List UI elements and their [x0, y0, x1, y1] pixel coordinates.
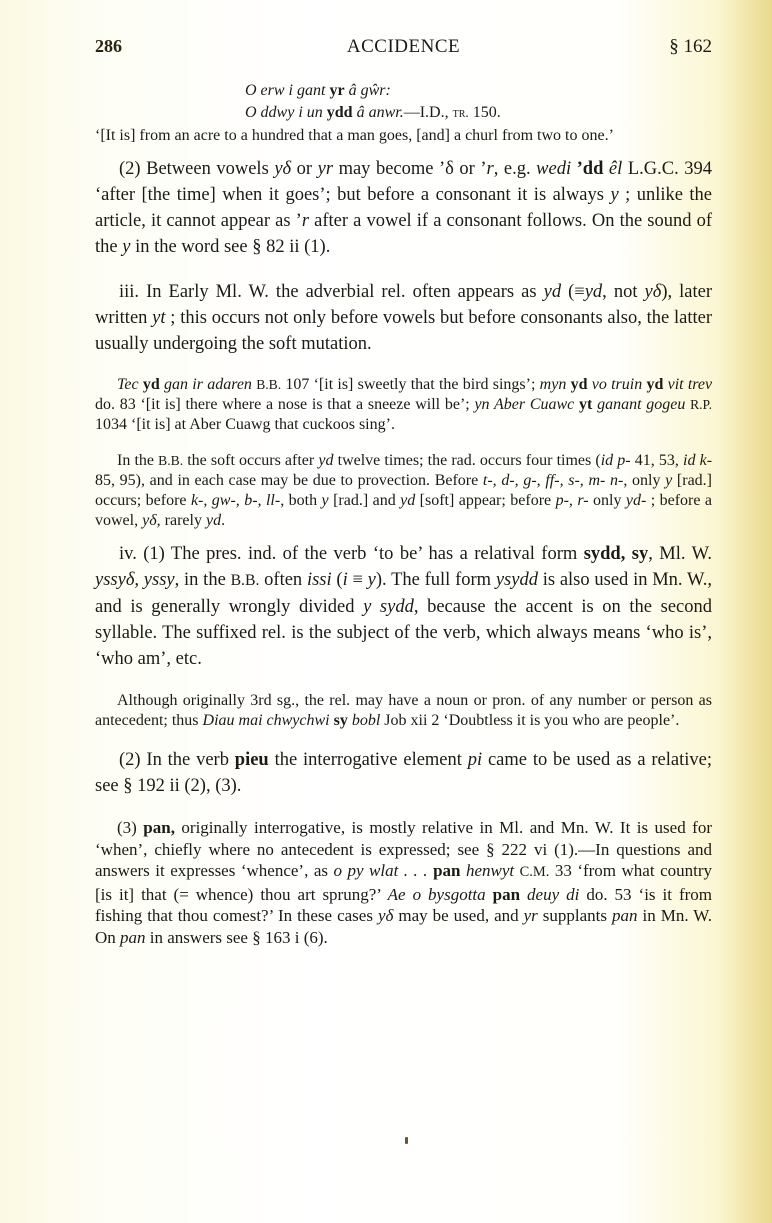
- citation: —I.D.,: [404, 104, 453, 121]
- ink-speck: [405, 1137, 408, 1144]
- paragraph-iv-3: (3) pan, originally interrogative, is mo…: [95, 817, 712, 948]
- verse-text: O erw i gant: [245, 82, 329, 99]
- paragraph-iii: iii. In Early Ml. W. the adverbial rel. …: [95, 279, 712, 357]
- antecedent-note-paragraph: Although originally 3rd sg., the rel. ma…: [95, 691, 712, 731]
- paragraph-2: (2) Between vowels yδ or yr may become ’…: [95, 156, 712, 260]
- verse-translation: ‘[It is] from an acre to a hundred that …: [95, 126, 712, 146]
- bb-note-paragraph: In the B.B. the soft occurs after yd twe…: [95, 451, 712, 531]
- chapter-title: ACCIDENCE: [95, 36, 712, 58]
- verse-line-1: O erw i gant yr â gŵr:: [245, 80, 712, 102]
- verse-line-2: O ddwy i un ydd â anwr.—I.D., tr. 150.: [245, 102, 712, 124]
- verse-quotation: O erw i gant yr â gŵr: O ddwy i un ydd â…: [245, 80, 712, 124]
- examples-paragraph: Tec yd gan ir adaren B.B. 107 ‘[it is] s…: [95, 375, 712, 435]
- running-head: 286 ACCIDENCE § 162: [95, 36, 712, 66]
- verse-text: O ddwy i un: [245, 104, 327, 121]
- section-number: § 162: [669, 36, 712, 58]
- verse-text: â anwr.: [353, 104, 404, 121]
- verse-keyword: yr: [329, 82, 344, 99]
- verse-text: â gŵr:: [345, 82, 391, 99]
- paragraph-iv-2: (2) In the verb pieu the interrogative e…: [95, 747, 712, 799]
- citation-number: 150.: [469, 104, 501, 121]
- paragraph-iv-1: iv. (1) The pres. ind. of the verb ‘to b…: [95, 541, 712, 672]
- book-page: 286 ACCIDENCE § 162 O erw i gant yr â gŵ…: [95, 36, 712, 965]
- verse-keyword: ydd: [327, 104, 353, 121]
- citation-abbrev: tr.: [453, 105, 469, 120]
